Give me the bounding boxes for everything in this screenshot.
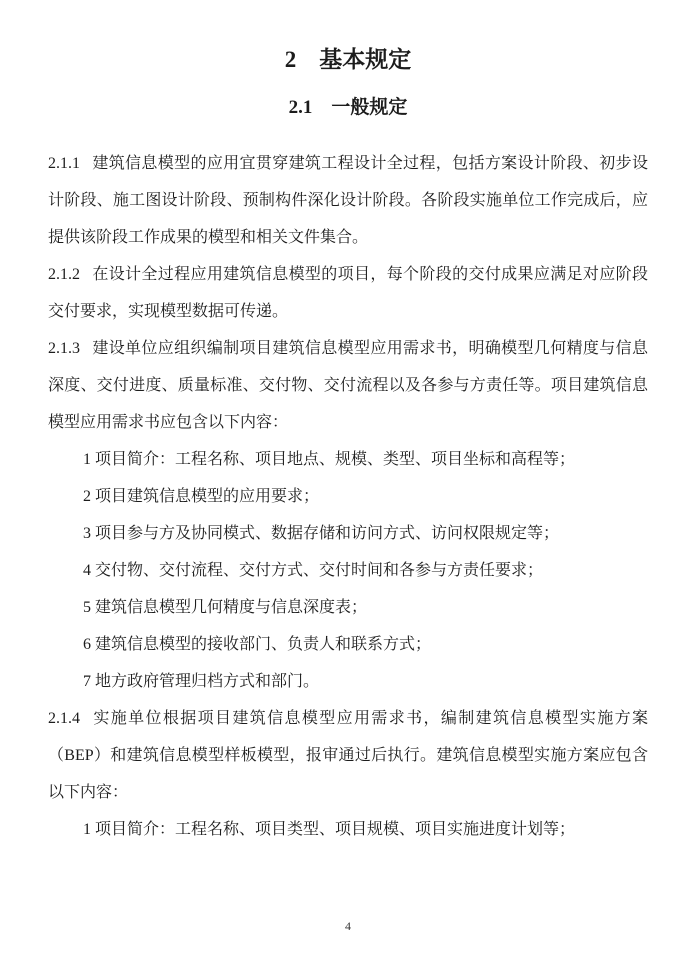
- list-item-requirements-3: 3 项目参与方及协同模式、数据存储和访问方式、访问权限规定等；: [48, 515, 648, 552]
- document-page: 2 基本规定 2.1 一般规定 2.1.1建筑信息模型的应用宜贯穿建筑工程设计全…: [0, 0, 696, 954]
- list-item-requirements-1: 1 项目简介：工程名称、项目地点、规模、类型、项目坐标和高程等；: [48, 441, 648, 478]
- list-item-requirements-6: 6 建筑信息模型的接收部门、负责人和联系方式；: [48, 626, 648, 663]
- clause-2-1-1: 2.1.1建筑信息模型的应用宜贯穿建筑工程设计全过程，包括方案设计阶段、初步设计…: [48, 145, 648, 256]
- clause-2-1-3: 2.1.3建设单位应组织编制项目建筑信息模型应用需求书，明确模型几何精度与信息深…: [48, 330, 648, 441]
- page-footer: 4: [0, 919, 696, 934]
- page-number: 4: [345, 919, 351, 933]
- clause-2-1-4: 2.1.4实施单位根据项目建筑信息模型应用需求书，编制建筑信息模型实施方案（BE…: [48, 700, 648, 811]
- clause-2-1-3-number: 2.1.3: [48, 340, 80, 357]
- list-item-requirements-7: 7 地方政府管理归档方式和部门。: [48, 663, 648, 700]
- clause-2-1-1-text: 建筑信息模型的应用宜贯穿建筑工程设计全过程，包括方案设计阶段、初步设计阶段、施工…: [48, 155, 648, 246]
- document-body: 2.1.1建筑信息模型的应用宜贯穿建筑工程设计全过程，包括方案设计阶段、初步设计…: [48, 145, 648, 848]
- list-item-requirements-2: 2 项目建筑信息模型的应用要求；: [48, 478, 648, 515]
- clause-2-1-3-text: 建设单位应组织编制项目建筑信息模型应用需求书，明确模型几何精度与信息深度、交付进…: [48, 340, 648, 431]
- clause-2-1-2-number: 2.1.2: [48, 266, 80, 283]
- list-item-requirements-5: 5 建筑信息模型几何精度与信息深度表；: [48, 589, 648, 626]
- clause-2-1-2-text: 在设计全过程应用建筑信息模型的项目，每个阶段的交付成果应满足对应阶段交付要求，实…: [48, 266, 648, 320]
- clause-2-1-1-number: 2.1.1: [48, 155, 80, 172]
- clause-2-1-4-text: 实施单位根据项目建筑信息模型应用需求书，编制建筑信息模型实施方案（BEP）和建筑…: [48, 710, 648, 801]
- list-item-bep-1: 1 项目简介：工程名称、项目类型、项目规模、项目实施进度计划等；: [48, 811, 648, 848]
- chapter-heading: 2 基本规定: [48, 0, 648, 75]
- clause-2-1-4-number: 2.1.4: [48, 710, 80, 727]
- list-item-requirements-4: 4 交付物、交付流程、交付方式、交付时间和各参与方责任要求；: [48, 552, 648, 589]
- clause-2-1-2: 2.1.2在设计全过程应用建筑信息模型的项目，每个阶段的交付成果应满足对应阶段交…: [48, 256, 648, 330]
- section-heading: 2.1 一般规定: [48, 96, 648, 120]
